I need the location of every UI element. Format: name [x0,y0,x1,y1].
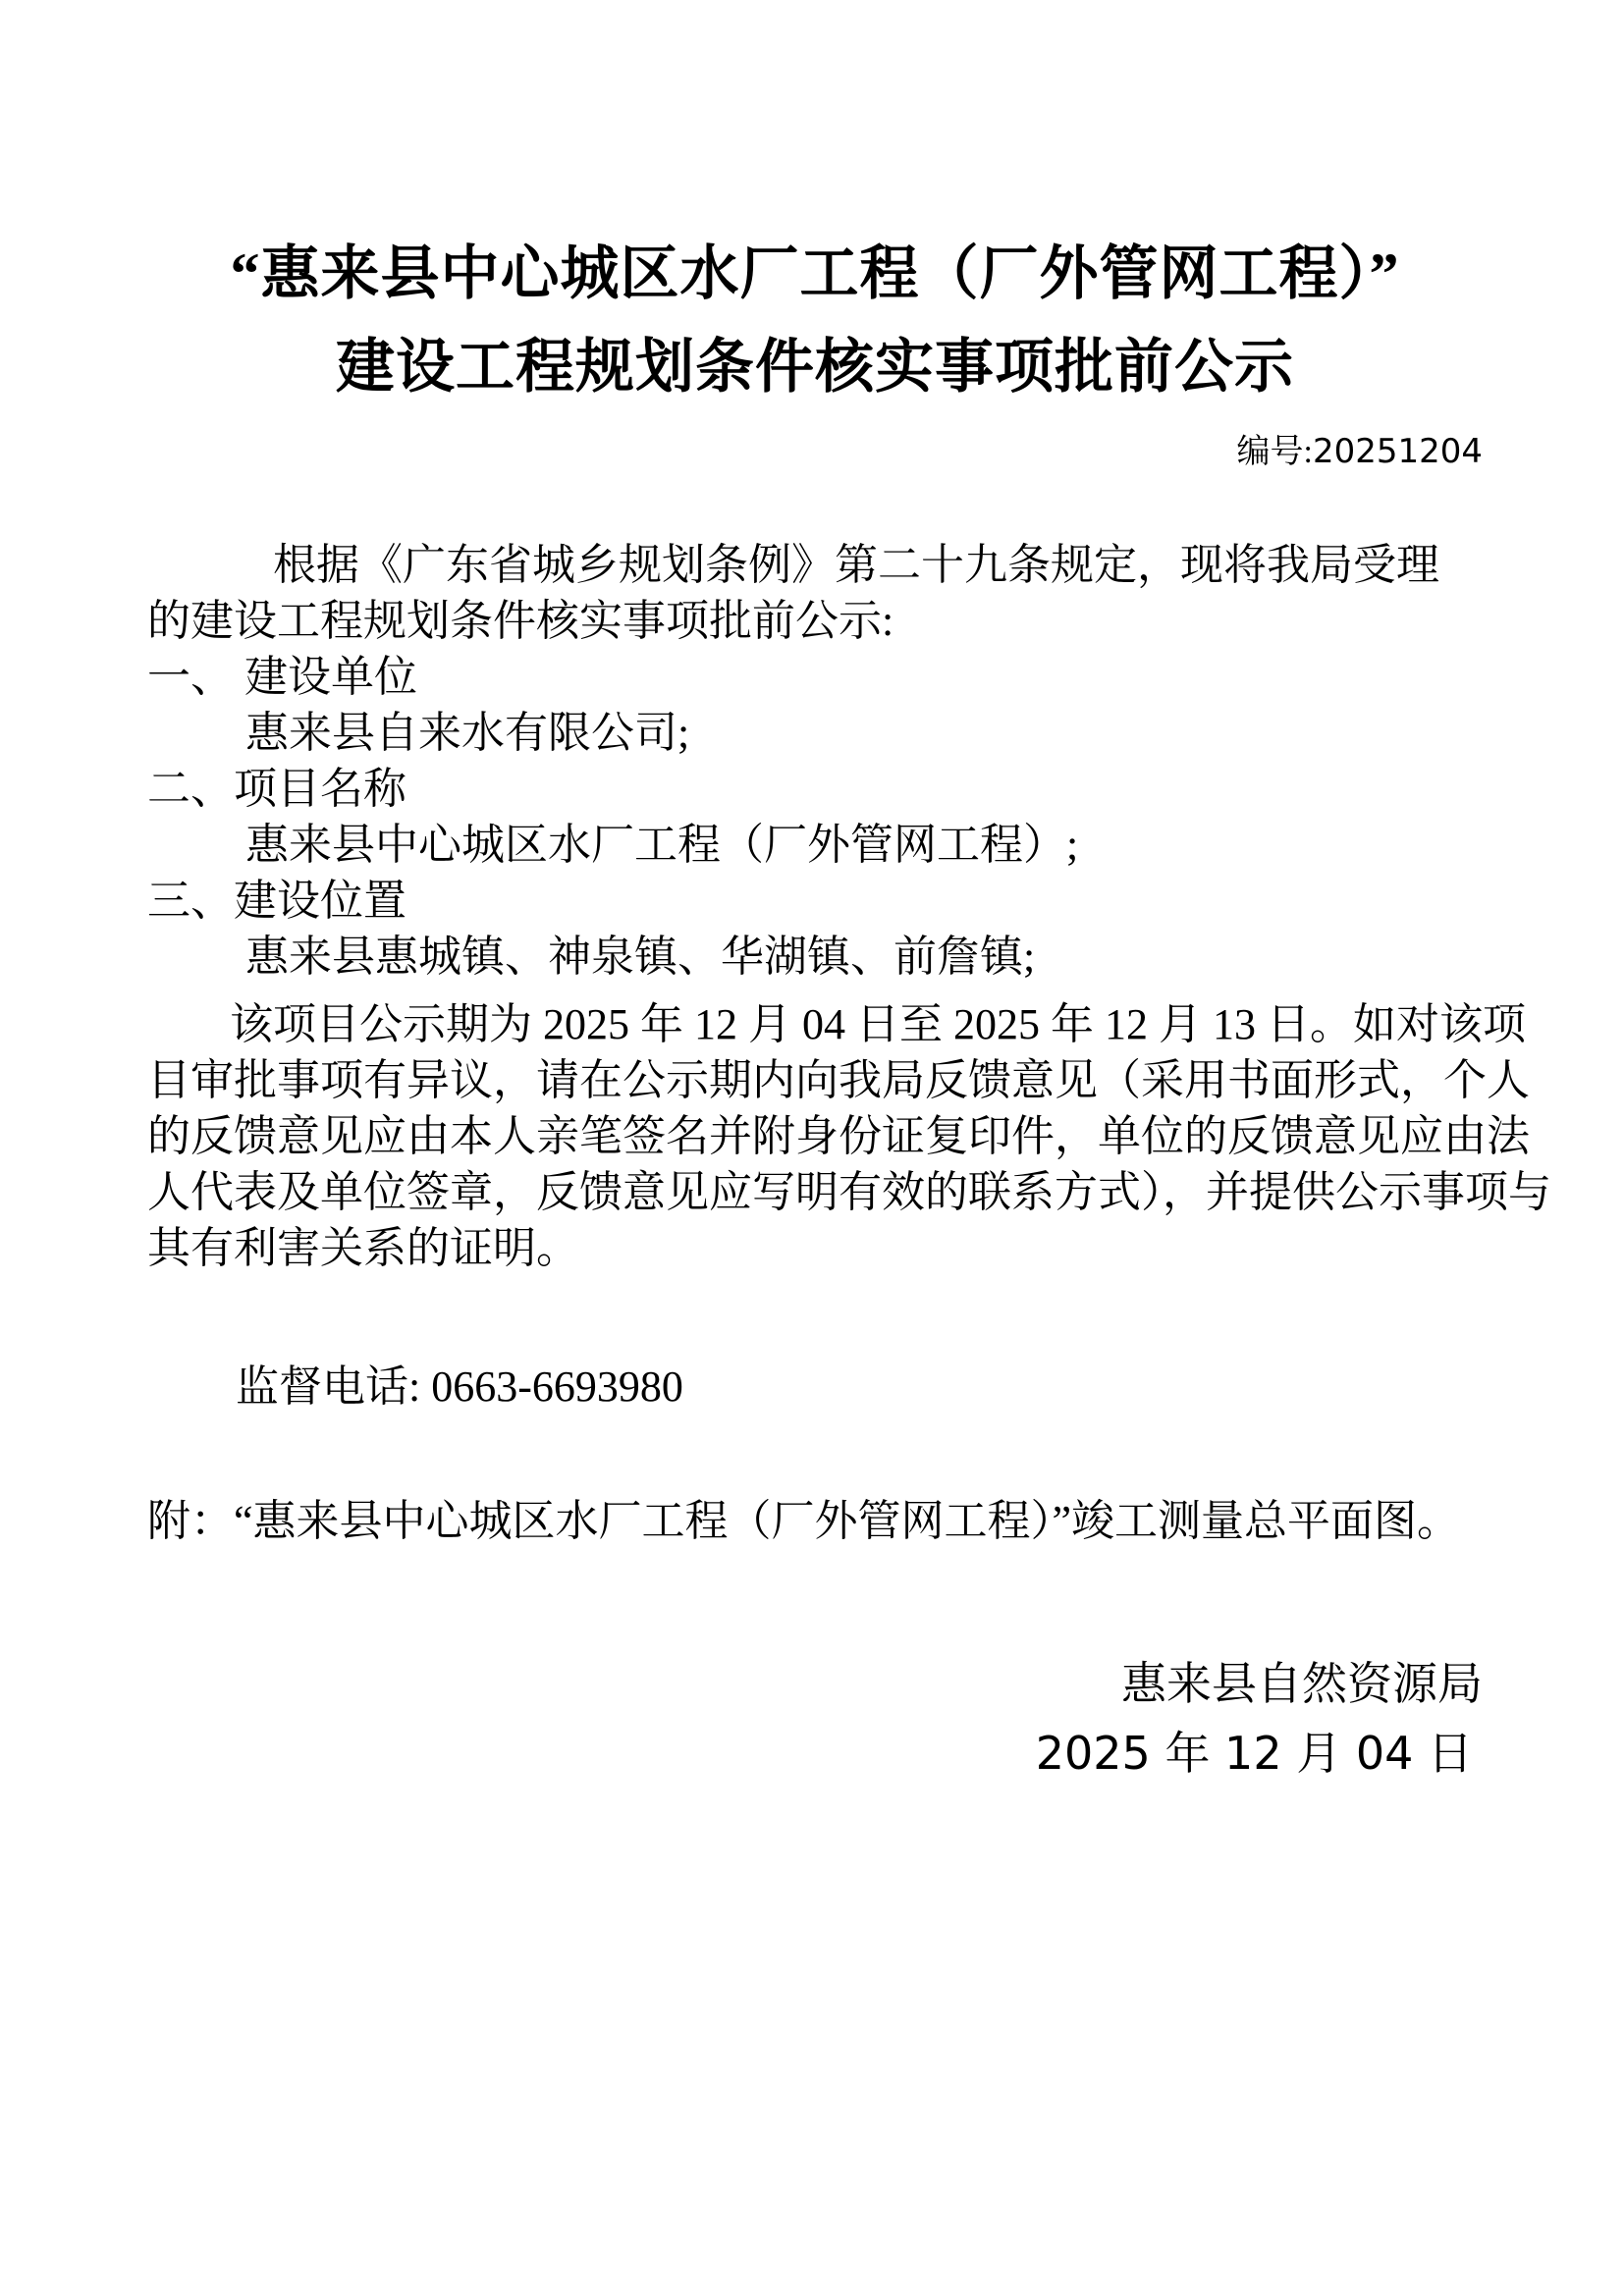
attachment-line: 附：“惠来县中心城区水厂工程（厂外管网工程）”竣工测量总平面图。 [147,1493,1483,1549]
signature-block: 惠来县自然资源局 2025 年 12 月 04 日 [147,1650,1483,1788]
supervision-phone-line: 监督电话: 0663-6693980 [147,1359,1483,1415]
item-2-value: 惠来县中心城区水厂工程（厂外管网工程）; [147,817,1483,873]
document-body: 根据《广东省城乡规划条例》第二十九条规定，现将我局受理 的建设工程规划条件核实事… [147,537,1483,1788]
notice-line-2: 目审批事项有异议，请在公示期内向我局反馈意见（采用书面形式，个人 [147,1052,1483,1108]
document-content: “惠来县中心城区水厂工程（厂外管网工程）” 建设工程规划条件核实事项批前公示 编… [147,0,1483,1788]
notice-line-5: 其有利害关系的证明。 [147,1220,1483,1276]
doc-number-value: 20251204 [1313,432,1483,471]
notice-paragraph: 该项目公示期为 2025 年 12 月 04 日至 2025 年 12 月 13… [147,996,1483,1276]
item-3-heading: 三、建设位置 [147,873,1483,929]
item-1-value: 惠来县自来水有限公司; [147,705,1483,761]
notice-line-1: 该项目公示期为 2025 年 12 月 04 日至 2025 年 12 月 13… [147,996,1483,1052]
notice-line-3: 的反馈意见应由本人亲笔签名并附身份证复印件，单位的反馈意见应由法 [147,1108,1483,1164]
notice-line-4: 人代表及单位签章，反馈意见应写明有效的联系方式），并提供公示事项与 [147,1164,1483,1220]
doc-number-row: 编号:20251204 [147,430,1483,474]
intro-line-2: 的建设工程规划条件核实事项批前公示: [147,593,1483,649]
document-title-line2: 建设工程规划条件核实事项批前公示 [147,321,1483,414]
item-3-value: 惠来县惠城镇、神泉镇、华湖镇、前詹镇; [147,929,1483,985]
title-block: “惠来县中心城区水厂工程（厂外管网工程）” 建设工程规划条件核实事项批前公示 [147,0,1483,414]
signature-org: 惠来县自然资源局 [147,1650,1483,1719]
signature-date: 2025 年 12 月 04 日 [147,1719,1483,1788]
doc-number-label: 编号: [1236,434,1312,470]
item-1-heading: 一、 建设单位 [147,649,1483,705]
intro-line-1: 根据《广东省城乡规划条例》第二十九条规定，现将我局受理 [147,537,1483,593]
item-2-heading: 二、项目名称 [147,761,1483,817]
document-title-line1: “惠来县中心城区水厂工程（厂外管网工程）” [147,228,1483,321]
document-page: “惠来县中心城区水厂工程（厂外管网工程）” 建设工程规划条件核实事项批前公示 编… [0,0,1624,2296]
